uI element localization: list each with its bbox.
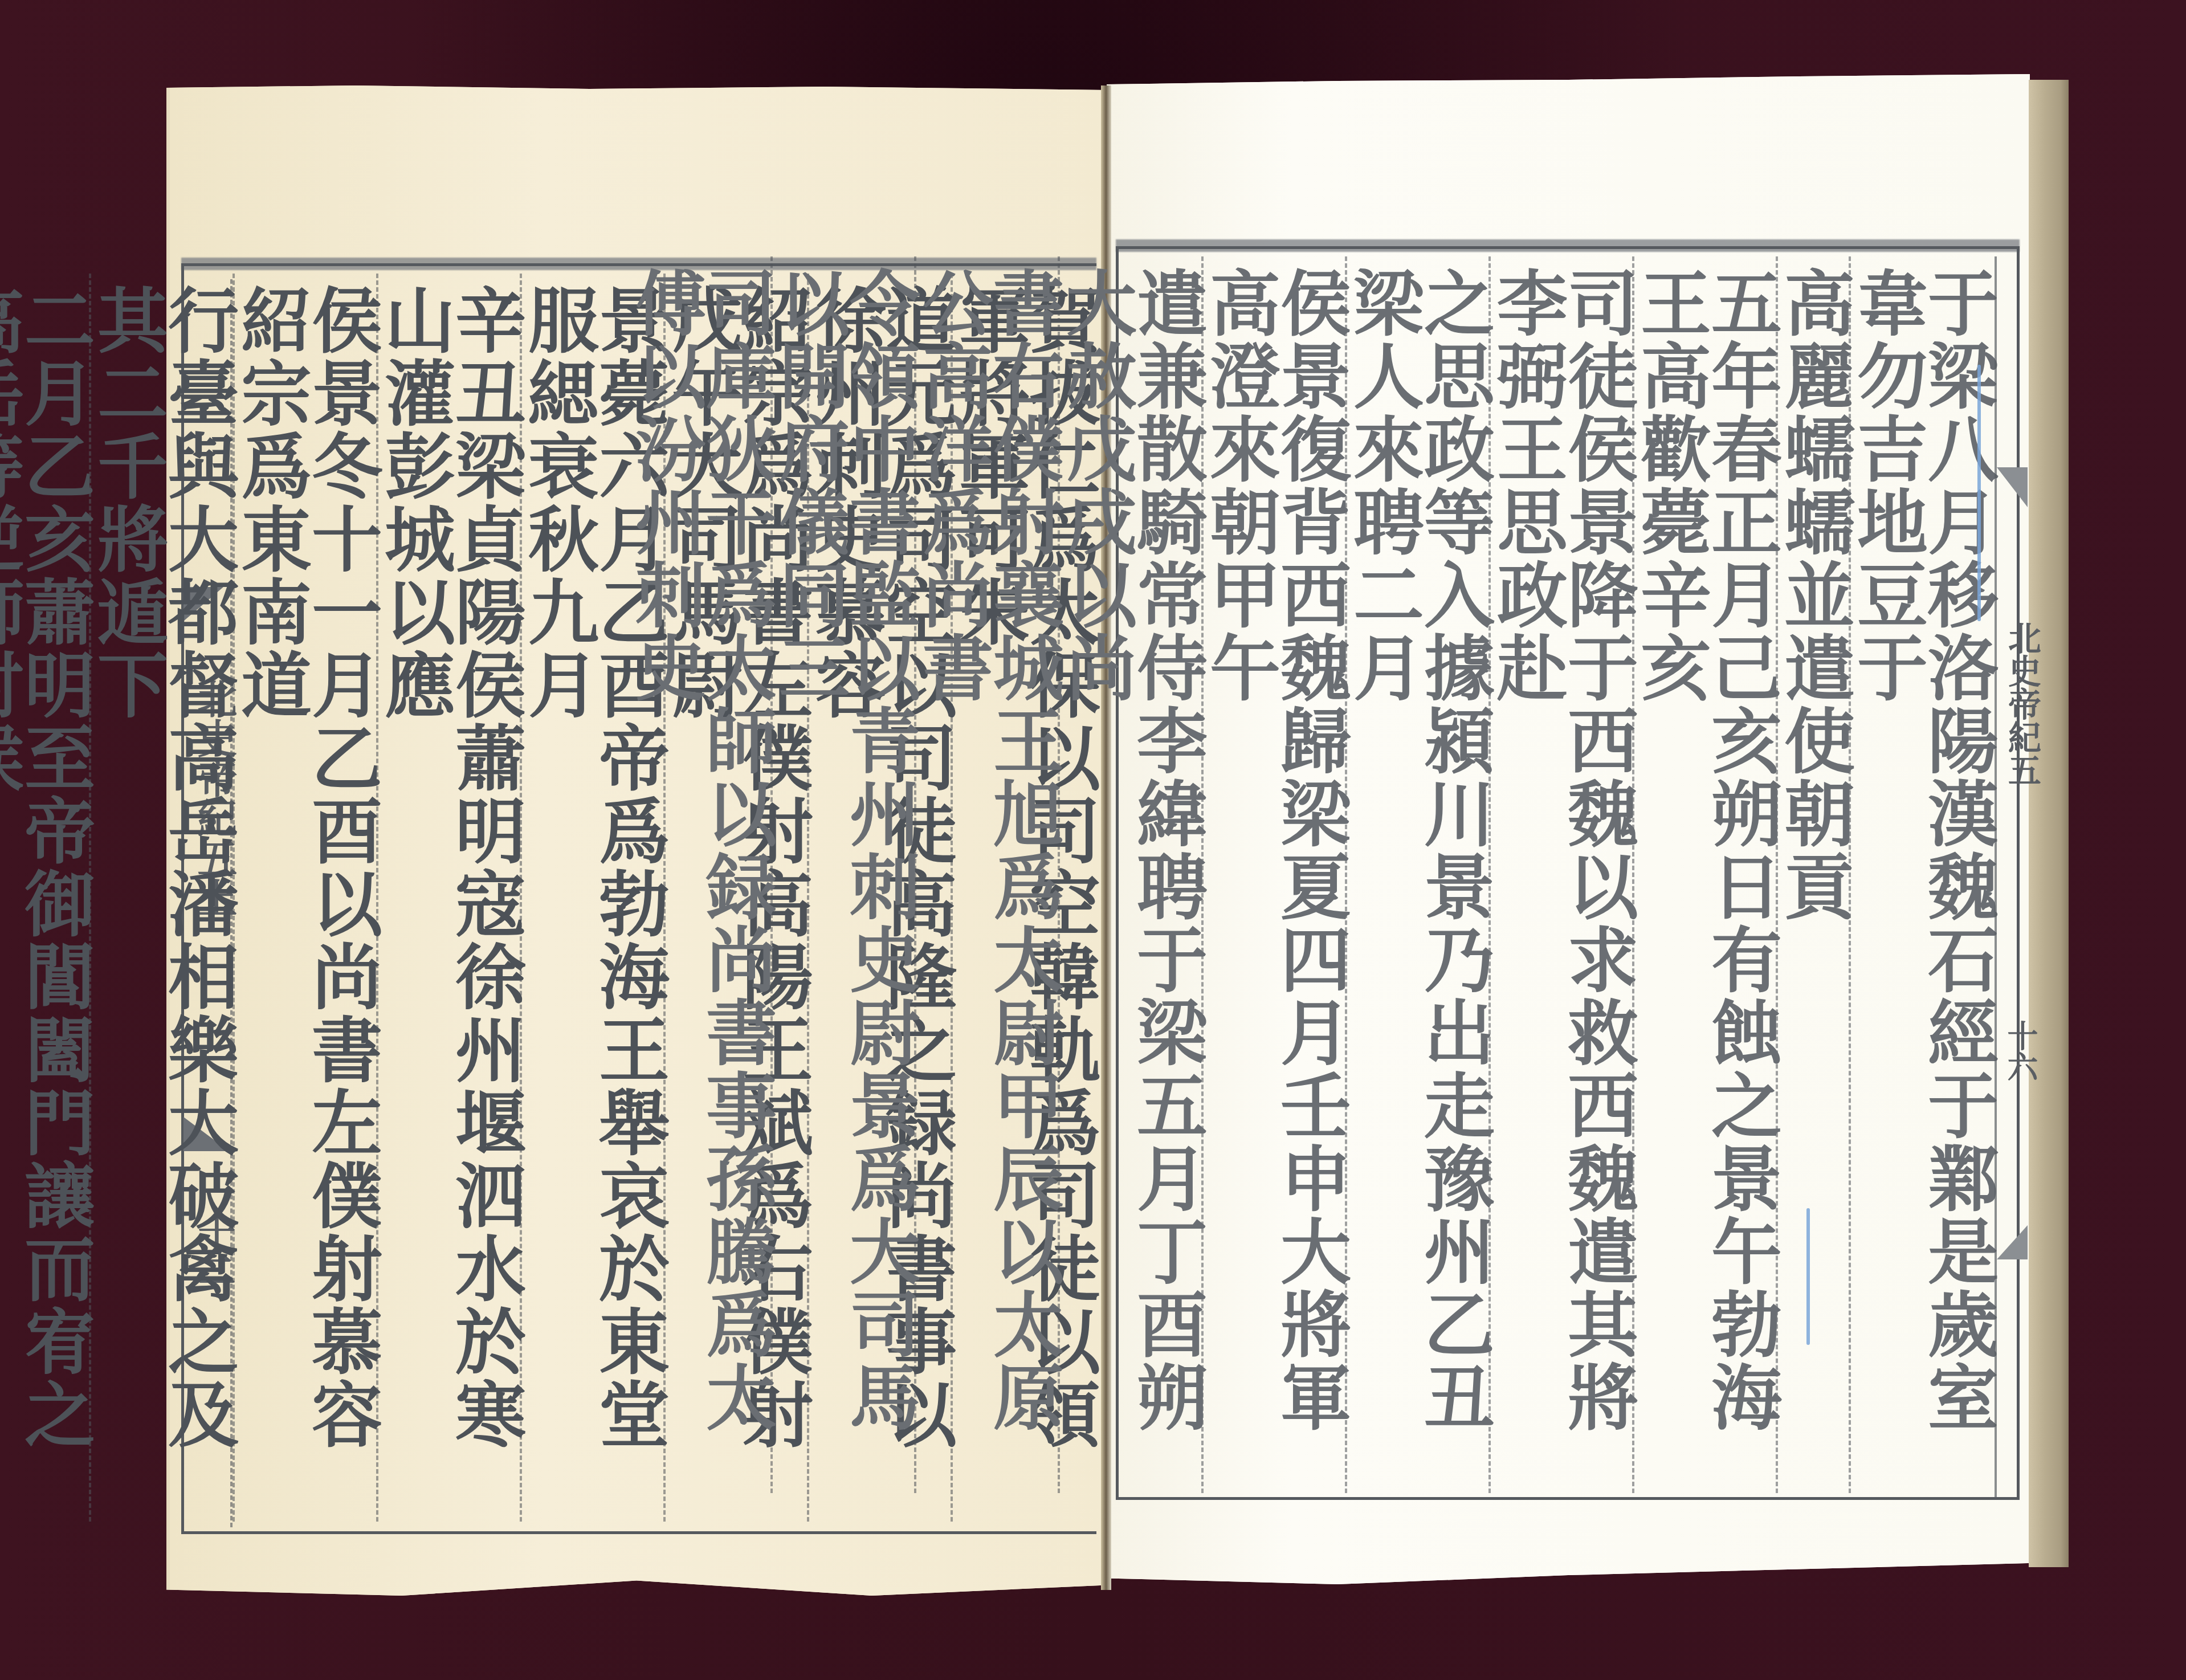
upper-fish-tail-icon xyxy=(1997,467,2028,507)
text-column: 書右僕射襄城王旭爲太尉甲辰以太原公高洋爲尚書 xyxy=(914,256,1058,1493)
text-column: 司庫狄干爲太師以録尚書事孫騰爲太傅以汾州刺史 xyxy=(629,256,770,1493)
right-margin-title: 北史帝紀五 xyxy=(1998,621,2046,786)
right-text-columns: 于梁八月移洛陽漢魏石經于鄴是歲室韋勿吉地豆于 高麗蠕蠕並遣使朝貢 五年春正月己亥… xyxy=(1120,256,1992,1493)
text-column: 侯景復背西魏歸梁夏四月壬申大將軍高澄來朝甲午 xyxy=(1201,256,1345,1493)
text-column: 之思政等入據潁川景乃出走豫州乙丑梁人來聘二月 xyxy=(1345,256,1488,1493)
text-column: 五年春正月己亥朔日有蝕之景午勃海王高歡薨辛亥 xyxy=(1632,256,1776,1493)
right-fold-margin: 北史帝紀五 十六 xyxy=(1995,256,2029,1499)
text-column: 于梁八月移洛陽漢魏石經于鄴是歲室韋勿吉地豆于 xyxy=(1849,256,1992,1493)
text-column: 行臺與大都督高岳潘相樂大破禽之及其二千將遁下 xyxy=(89,274,233,1522)
text-column: 高麗蠕蠕並遣使朝貢 xyxy=(1776,256,1849,1493)
text-column: 二月乙亥蕭明至帝御閶闔門讓而宥之高岳等逆師討侯 xyxy=(0,274,89,1522)
right-page-number: 十六 xyxy=(1999,1020,2043,1082)
lower-fish-tail-icon xyxy=(1997,1225,2028,1259)
text-column: 遣兼散騎常侍李緯聘于梁五月丁酉朔大赦戊戌以尚 xyxy=(1058,256,1201,1493)
text-column: 辛丑梁貞陽侯蕭明寇徐州堰泗水於寒山灌彭城以應 xyxy=(376,274,520,1522)
text-column: 司徒侯景降于西魏以求救西魏遣其將李弼王思政赴 xyxy=(1488,256,1632,1493)
text-column: 侯景冬十一月乙酉以尚書左僕射慕容紹宗爲東南道 xyxy=(233,274,376,1522)
book-page-edge xyxy=(2029,80,2069,1567)
blue-pencil-mark xyxy=(1977,365,1981,621)
blue-pencil-mark xyxy=(1806,1208,1810,1345)
text-column: 令領中書監以青州刺史尉景爲大司馬以開府儀同三 xyxy=(770,256,914,1493)
